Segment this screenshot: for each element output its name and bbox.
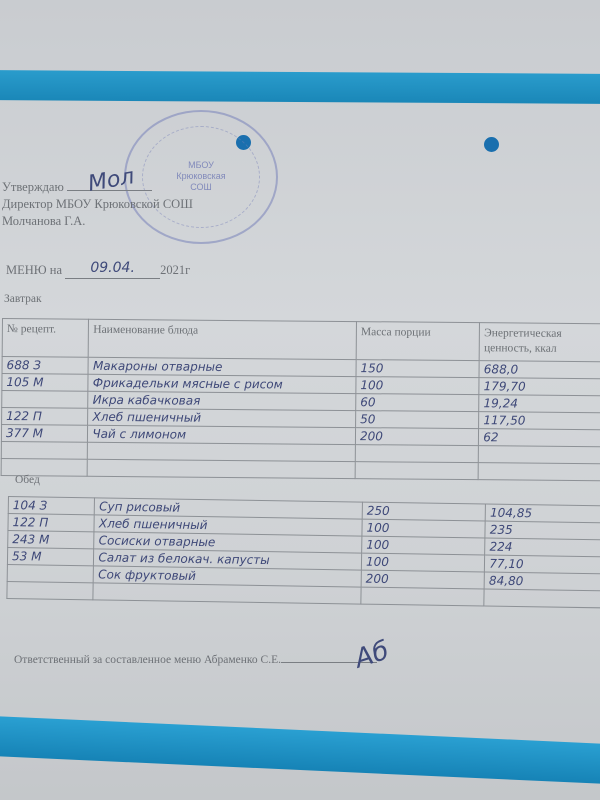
recipe-cell: 53 М — [7, 548, 94, 566]
mass-cell: 100 — [362, 536, 486, 555]
energy-cell — [478, 463, 600, 481]
stamp-line: МБОУ — [126, 160, 276, 171]
footer: Ответственный за составленное меню Абрам… — [14, 652, 377, 666]
dish-cell: Икра кабачковая — [88, 391, 356, 410]
responsible-person: Ответственный за составленное меню Абрам… — [14, 654, 281, 666]
energy-cell: 84,80 — [484, 572, 600, 591]
breakfast-table: № рецепт. Наименование блюда Масса порци… — [1, 318, 600, 481]
menu-date-field: 09.04. — [65, 262, 160, 279]
col-dish: Наименование блюда — [89, 319, 357, 359]
dish-cell: Хлеб пшеничный — [88, 408, 356, 427]
mass-cell: 100 — [362, 519, 486, 538]
blue-stripe-top — [0, 70, 600, 104]
mass-cell — [361, 587, 485, 606]
responsible-signature: Аб — [351, 636, 392, 675]
energy-cell: 104,85 — [485, 504, 600, 523]
director-name: Молчанова Г.А. — [2, 213, 193, 230]
energy-cell: 224 — [485, 538, 600, 557]
col-mass: Масса порции — [356, 322, 480, 361]
dish-cell — [93, 583, 361, 604]
blue-stripe-bottom — [0, 716, 600, 784]
menu-title: МЕНЮ на 09.04.2021г — [6, 262, 190, 279]
mass-cell: 200 — [355, 428, 478, 446]
energy-cell — [484, 589, 600, 608]
mass-cell: 250 — [362, 502, 486, 521]
dish-cell — [88, 459, 356, 478]
recipe-cell: 122 П — [2, 408, 89, 426]
table-header: № рецепт. Наименование блюда Масса порци… — [2, 319, 600, 362]
director-line: Директор МБОУ Крюковской СОШ — [2, 196, 193, 213]
menu-date: 09.04. — [90, 260, 135, 276]
mass-cell: 150 — [356, 360, 479, 378]
breakfast-label: Завтрак — [4, 293, 42, 305]
dish-cell: Чай с лимоном — [88, 425, 356, 444]
recipe-cell: 243 М — [8, 531, 95, 549]
mass-cell — [355, 462, 478, 480]
recipe-cell: 104 З — [8, 497, 95, 515]
lunch-label: Обед — [15, 474, 40, 486]
lunch-table: 104 ЗСуп рисовый250104,85122 ПХлеб пшени… — [6, 496, 600, 609]
mass-cell — [355, 445, 478, 463]
recipe-cell — [1, 441, 88, 459]
mass-cell: 50 — [356, 411, 479, 429]
col-energy: Энергетическая ценность, ккал — [479, 323, 600, 362]
energy-cell: 62 — [479, 429, 600, 447]
recipe-cell: 122 П — [8, 514, 95, 532]
recipe-cell — [7, 564, 94, 582]
recipe-cell: 105 М — [2, 374, 89, 392]
energy-cell: 235 — [485, 521, 600, 540]
energy-cell — [479, 446, 600, 464]
mass-cell: 100 — [356, 377, 479, 395]
col-recipe: № рецепт. — [2, 319, 89, 358]
recipe-cell: 377 М — [1, 425, 88, 443]
recipe-cell — [7, 581, 94, 599]
energy-cell: 117,50 — [479, 412, 600, 430]
menu-prefix: МЕНЮ на — [6, 263, 62, 277]
mass-cell: 100 — [361, 553, 485, 572]
dish-cell: Фрикадельки мясные с рисом — [88, 374, 356, 393]
punch-hole — [484, 137, 499, 152]
recipe-cell: 688 З — [2, 357, 89, 375]
mass-cell: 60 — [356, 394, 479, 412]
energy-cell: 77,10 — [485, 555, 600, 574]
energy-cell: 688,0 — [479, 361, 600, 379]
approval-label: Утверждаю — [2, 180, 64, 194]
energy-cell: 179,70 — [479, 378, 600, 396]
mass-cell: 200 — [361, 570, 485, 589]
dish-cell: Макароны отварные — [88, 357, 356, 376]
energy-cell: 19,24 — [479, 395, 600, 413]
menu-year: 2021г — [160, 263, 190, 277]
recipe-cell — [2, 391, 89, 409]
